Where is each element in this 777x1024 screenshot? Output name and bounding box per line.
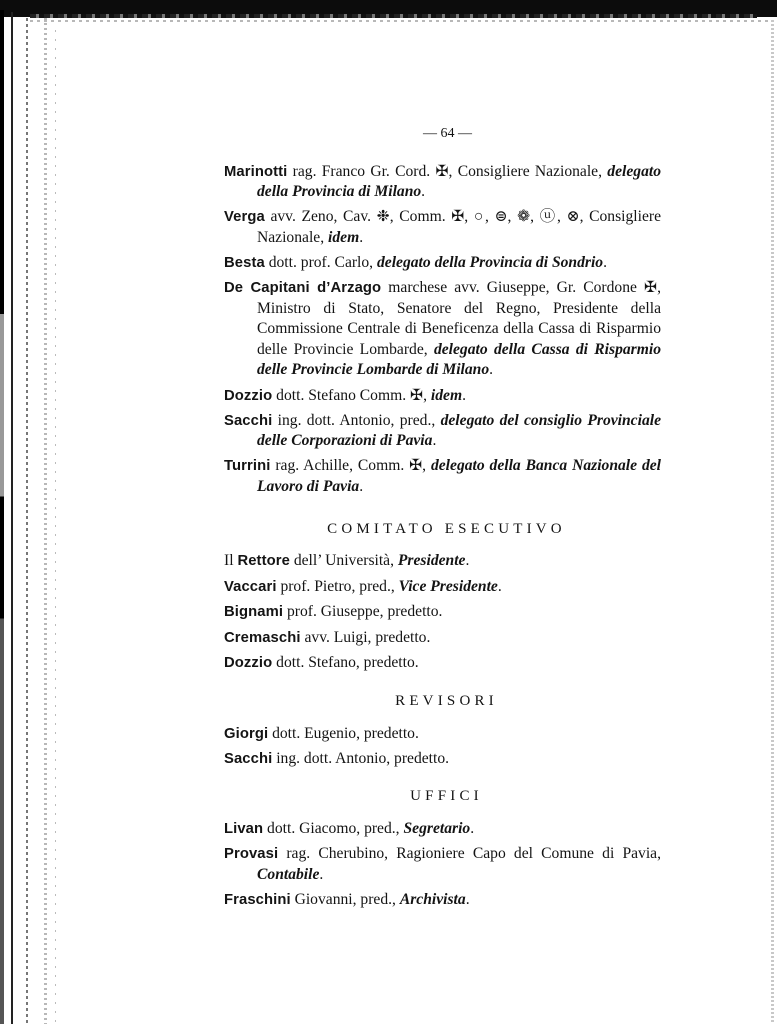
member-entry: Cremaschi avv. Luigi, predetto. [224,628,661,649]
person-details: dott. Stefano, predetto. [272,654,418,671]
punctuation: . [462,387,466,404]
person-details: avv. Luigi, predetto. [301,629,431,646]
person-name: Besta [224,255,265,271]
person-details: dott. prof. Carlo, [265,254,377,271]
delegate-entry: Besta dott. prof. Carlo, delegato della … [224,253,661,274]
punctuation: . [489,361,493,378]
section-heading: COMITATO ESECUTIVO [224,519,661,540]
member-entry: Sacchi ing. dott. Antonio, predetto. [224,749,661,770]
person-details: prof. Giuseppe, predetto. [283,603,442,620]
punctuation: . [470,820,474,837]
person-role: Contabile [257,866,319,883]
person-role: Segretario [403,820,470,837]
section-heading: UFFICI [224,786,661,807]
person-details: Giovanni, pred., [291,891,400,908]
delegate-entry: Marinotti rag. Franco Gr. Cord. ✠, Consi… [224,162,661,203]
punctuation: . [432,432,436,449]
section-revisori: REVISORI Giorgi dott. Eugenio, predetto.… [224,691,661,769]
person-details: rag. Franco Gr. Cord. ✠, Consigliere Naz… [287,163,607,180]
scan-binding-line [55,30,56,1024]
person-name: Bignami [224,604,283,620]
person-role: Vice Presidente [399,578,498,595]
person-name: Giorgi [224,726,268,742]
delegate-entry: Turrini rag. Achille, Comm. ✠, delegato … [224,456,661,497]
scan-binding-line [44,18,47,1024]
person-details: dott. Giacomo, pred., [263,820,403,837]
person-details: rag. Cherubino, Ragioniere Capo del Comu… [278,845,661,862]
member-entry: Il Rettore dell’ Università, Presidente. [224,551,661,572]
person-name: Livan [224,821,263,837]
member-entry: Vaccari prof. Pietro, pred., Vice Presid… [224,577,661,598]
person-details: ing. dott. Antonio, predetto. [272,750,449,767]
section-comitato-esecutivo: COMITATO ESECUTIVO Il Rettore dell’ Univ… [224,519,661,675]
member-entry: Dozzio dott. Stefano, predetto. [224,653,661,674]
person-details: dell’ Università, [290,552,398,569]
person-role: Presidente [398,552,466,569]
person-details: dott. Eugenio, predetto. [268,725,419,742]
scan-right-edge [771,20,774,1024]
punctuation: . [603,254,607,271]
delegate-entry: Sacchi ing. dott. Antonio, pred., delega… [224,411,661,452]
person-name: Turrini [224,458,270,474]
punctuation: . [421,183,425,200]
scan-binding-line [26,18,28,1024]
person-name: Provasi [224,846,278,862]
person-name: Marinotti [224,164,287,180]
member-entry: Bignami prof. Giuseppe, predetto. [224,602,661,623]
person-name: De Capitani d’Arzago [224,280,381,296]
person-name: Vaccari [224,579,277,595]
person-name: Dozzio [224,655,272,671]
person-details: prof. Pietro, pred., [277,578,399,595]
person-details: rag. Achille, Comm. ✠, [270,457,431,474]
delegates-list: Marinotti rag. Franco Gr. Cord. ✠, Consi… [224,162,661,498]
scan-binding-line [11,12,13,1024]
punctuation: . [359,229,363,246]
member-entry: Fraschini Giovanni, pred., Archivista. [224,890,661,911]
page-number: — 64 — [224,124,661,145]
person-role: Archivista [400,891,466,908]
scan-top-shadow [30,20,770,22]
punctuation: . [465,552,469,569]
person-name: Rettore [237,553,290,569]
person-details: dott. Stefano Comm. ✠, [272,387,431,404]
section-uffici: UFFICI Livan dott. Giacomo, pred., Segre… [224,786,661,910]
person-name: Sacchi [224,751,272,767]
member-entry: Provasi rag. Cherubino, Ragioniere Capo … [224,844,661,885]
punctuation: . [319,866,323,883]
delegate-entry: Verga avv. Zeno, Cav. ❉, Comm. ✠, ○, ⊜, … [224,207,661,248]
punctuation: . [359,478,363,495]
person-role: idem [431,387,462,404]
person-name: Sacchi [224,413,272,429]
document-page: — 64 — Marinotti rag. Franco Gr. Cord. ✠… [224,124,661,915]
name-prefix: Il [224,552,237,569]
scan-top-edge [0,0,777,17]
person-details: ing. dott. Antonio, pred., [272,412,440,429]
punctuation: . [466,891,470,908]
person-role: idem [328,229,359,246]
member-entry: Giorgi dott. Eugenio, predetto. [224,724,661,745]
person-name: Cremaschi [224,630,301,646]
delegate-entry: De Capitani d’Arzago marchese avv. Giuse… [224,278,661,381]
member-entry: Livan dott. Giacomo, pred., Segretario. [224,819,661,840]
punctuation: . [498,578,502,595]
person-name: Verga [224,209,265,225]
person-name: Fraschini [224,892,291,908]
scan-binding-edge [0,10,4,1024]
person-name: Dozzio [224,388,272,404]
delegate-entry: Dozzio dott. Stefano Comm. ✠, idem. [224,386,661,407]
person-details: avv. Zeno, Cav. ❉, Comm. ✠, ○, ⊜, ❁, ⓤ, … [257,208,661,246]
person-role: delegato della Provincia di Sondrio [377,254,603,271]
section-heading: REVISORI [224,691,661,712]
